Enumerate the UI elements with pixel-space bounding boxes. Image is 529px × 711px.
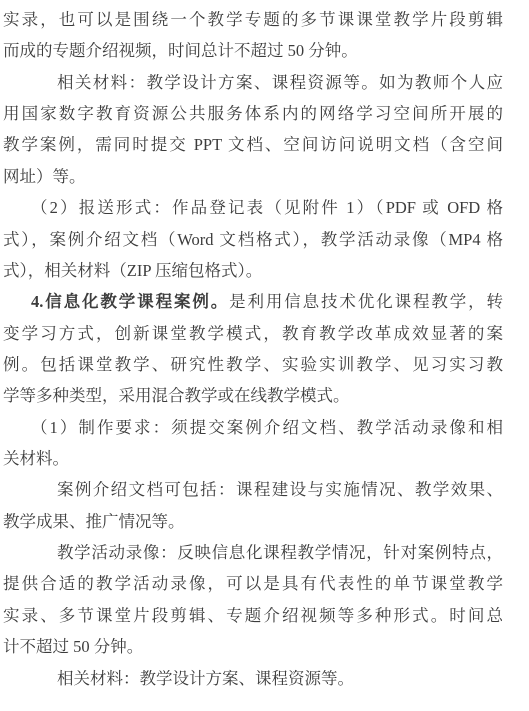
doc-line-19: 提供合适的教学活动录像，可以是具有代表性的单节课堂教学: [3, 568, 503, 599]
doc-line-7: （2）报送形式：作品登记表（见附件 1）（PDF 或 OFD 格: [3, 192, 503, 223]
doc-line-13: 学等多种类型，采用混合教学或在线教学模式。: [3, 380, 503, 411]
doc-line-5: 教学案例，需同时提交 PPT 文档、空间访问说明文档（含空间: [3, 129, 503, 160]
doc-line-15: 关材料。: [3, 443, 503, 474]
doc-line-1: 实录，也可以是围绕一个教学专题的多节课课堂教学片段剪辑: [3, 4, 503, 35]
doc-line-12: 例。包括课堂教学、研究性教学、实验实训教学、见习实习教: [3, 349, 503, 380]
doc-line-10-rest: 是利用信息技术优化课程教学，转: [229, 292, 503, 311]
document-page: 实录，也可以是围绕一个教学专题的多节课课堂教学片段剪辑 而成的专题介绍视频，时间…: [0, 0, 529, 711]
doc-line-22: 相关材料：教学设计方案、课程资源等。: [3, 663, 503, 694]
doc-line-4: 用国家数字教育资源公共服务体系内的网络学习空间所开展的: [3, 98, 503, 129]
doc-line-11: 变学习方式，创新课堂教学模式，教育教学改革成效显著的案: [3, 318, 503, 349]
doc-line-6: 网址）等。: [3, 161, 503, 192]
document-body: 实录，也可以是围绕一个教学专题的多节课课堂教学片段剪辑 而成的专题介绍视频，时间…: [0, 0, 529, 694]
doc-line-16: 案例介绍文档可包括：课程建设与实施情况、教学效果、: [3, 474, 503, 505]
doc-line-18: 教学活动录像：反映信息化课程教学情况，针对案例特点，: [3, 537, 503, 568]
doc-line-8: 式），案例介绍文档（Word 文档格式），教学活动录像（MP4 格: [3, 224, 503, 255]
doc-line-14: （1）制作要求：须提交案例介绍文档、教学活动录像和相: [3, 412, 503, 443]
doc-line-9: 式），相关材料（ZIP 压缩包格式）。: [3, 255, 503, 286]
doc-line-3: 相关材料：教学设计方案、课程资源等。如为教师个人应: [3, 67, 503, 98]
doc-line-10: 4.信息化教学课程案例。是利用信息技术优化课程教学，转: [3, 286, 503, 317]
doc-line-20: 实录、多节课堂片段剪辑、专题介绍视频等多种形式。时间总: [3, 600, 503, 631]
section-4-heading: 4.信息化教学课程案例。: [31, 292, 229, 311]
doc-line-21: 计不超过 50 分钟。: [3, 631, 503, 662]
doc-line-17: 教学成果、推广情况等。: [3, 506, 503, 537]
doc-line-2: 而成的专题介绍视频，时间总计不超过 50 分钟。: [3, 35, 503, 66]
